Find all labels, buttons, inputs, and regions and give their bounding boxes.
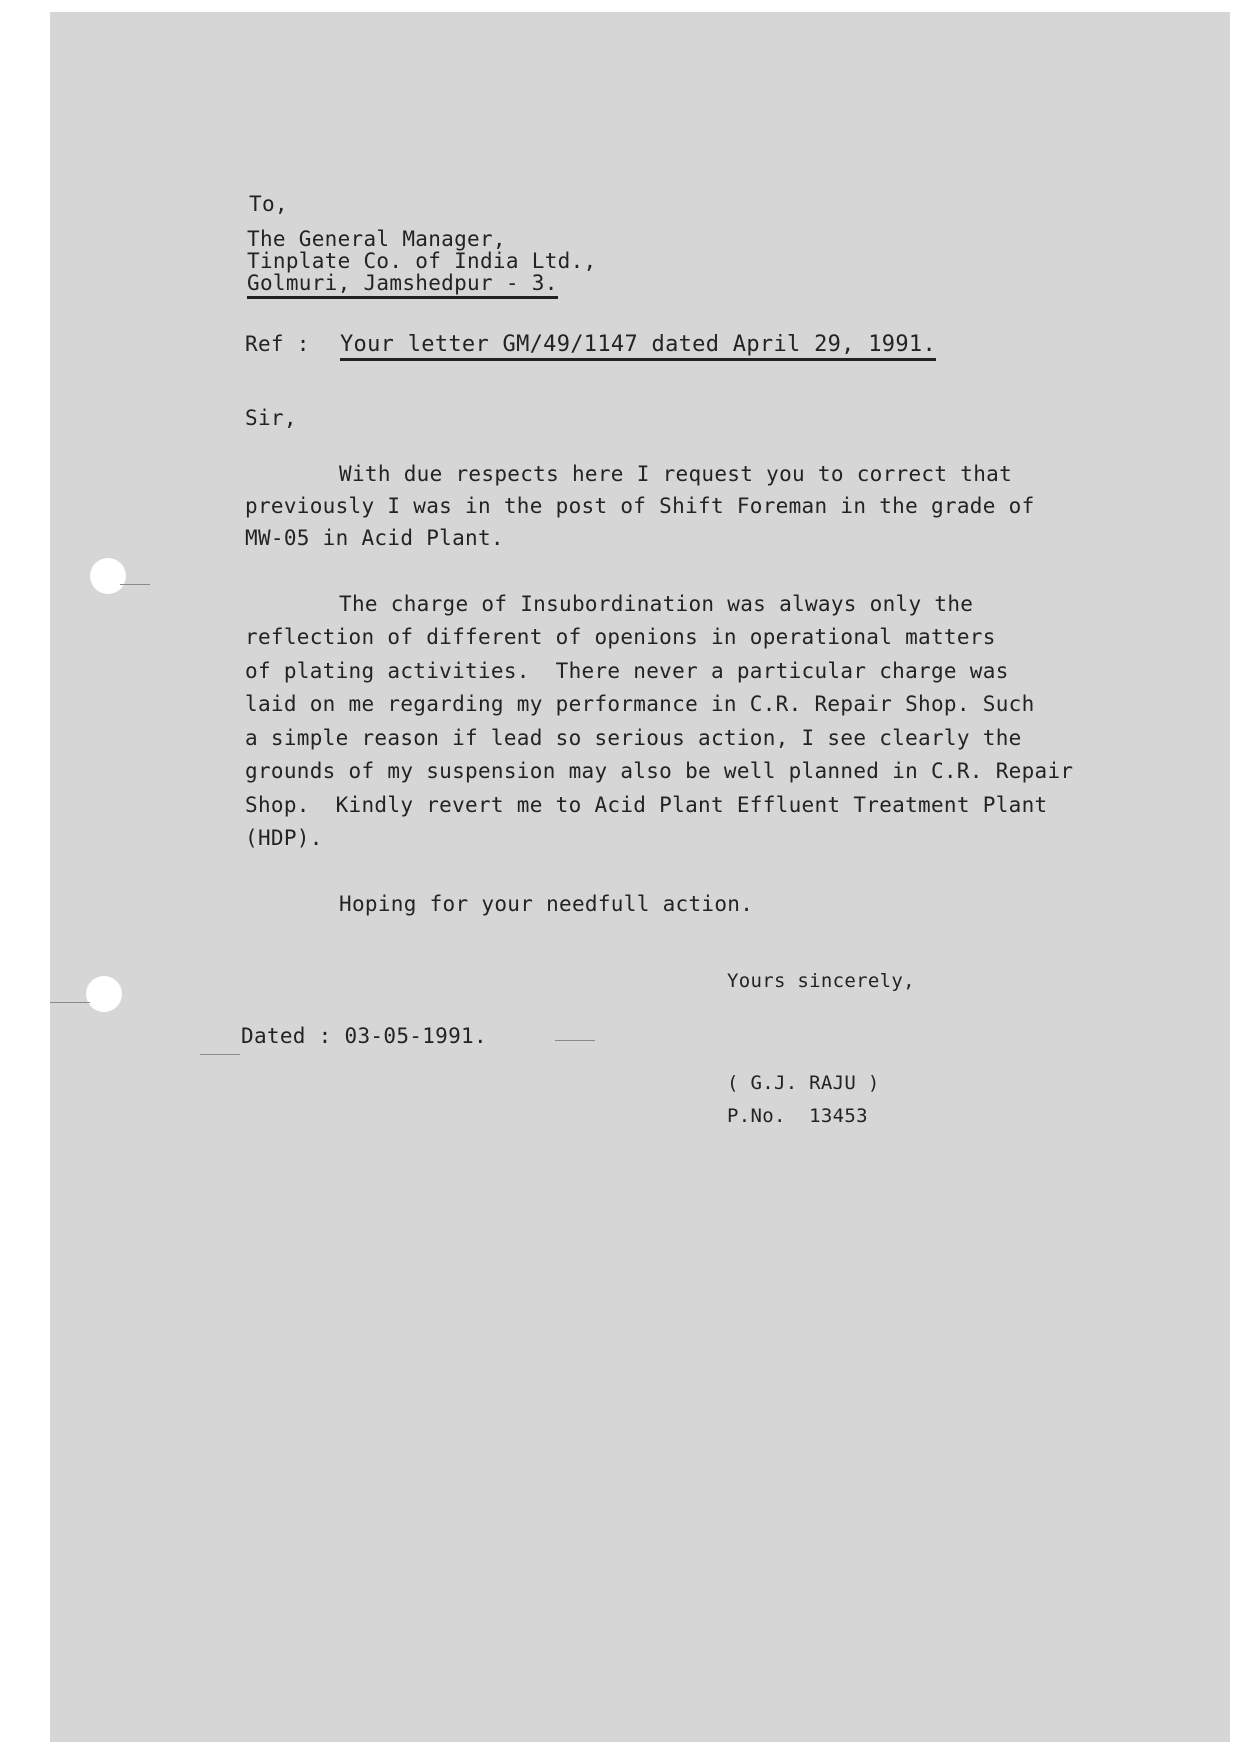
closing-request: Hoping for your needfull action. [339,892,753,916]
ref-text: Your letter GM/49/1147 dated April 29, 1… [340,332,936,361]
paragraph2-line: The charge of Insubordination was always… [339,592,973,616]
paragraph2-line: laid on me regarding my performance in C… [245,692,1035,716]
paragraph1-line: MW-05 in Acid Plant. [245,526,504,550]
signatory-name: ( G.J. RAJU ) [727,1072,880,1094]
signatory-pno: P.No. 13453 [727,1105,868,1127]
letter-document: To, The General Manager, Tinplate Co. of… [0,0,1241,1754]
paragraph1-line: previously I was in the post of Shift Fo… [245,494,1035,518]
address-line-1: The General Manager, [247,227,506,251]
paragraph2-line: grounds of my suspension may also be wel… [245,759,1073,783]
paragraph2-line: a simple reason if lead so serious actio… [245,726,1022,750]
ref-label: Ref : [245,332,310,356]
to-label: To, [249,192,288,216]
paragraph2-line: reflection of different of openions in o… [245,625,996,649]
address-line-3: Golmuri, Jamshedpur - 3. [247,271,558,299]
valediction: Yours sincerely, [727,970,915,992]
paragraph2-line: (HDP). [245,826,323,850]
paragraph2-line: of plating activities. There never a par… [245,659,1009,683]
greeting: Sir, [245,406,297,430]
address-line-2: Tinplate Co. of India Ltd., [247,249,596,273]
paragraph2-line: Shop. Kindly revert me to Acid Plant Eff… [245,793,1047,817]
date-line: Dated : 03-05-1991. [241,1024,487,1048]
paragraph1-line: With due respects here I request you to … [339,462,1012,486]
